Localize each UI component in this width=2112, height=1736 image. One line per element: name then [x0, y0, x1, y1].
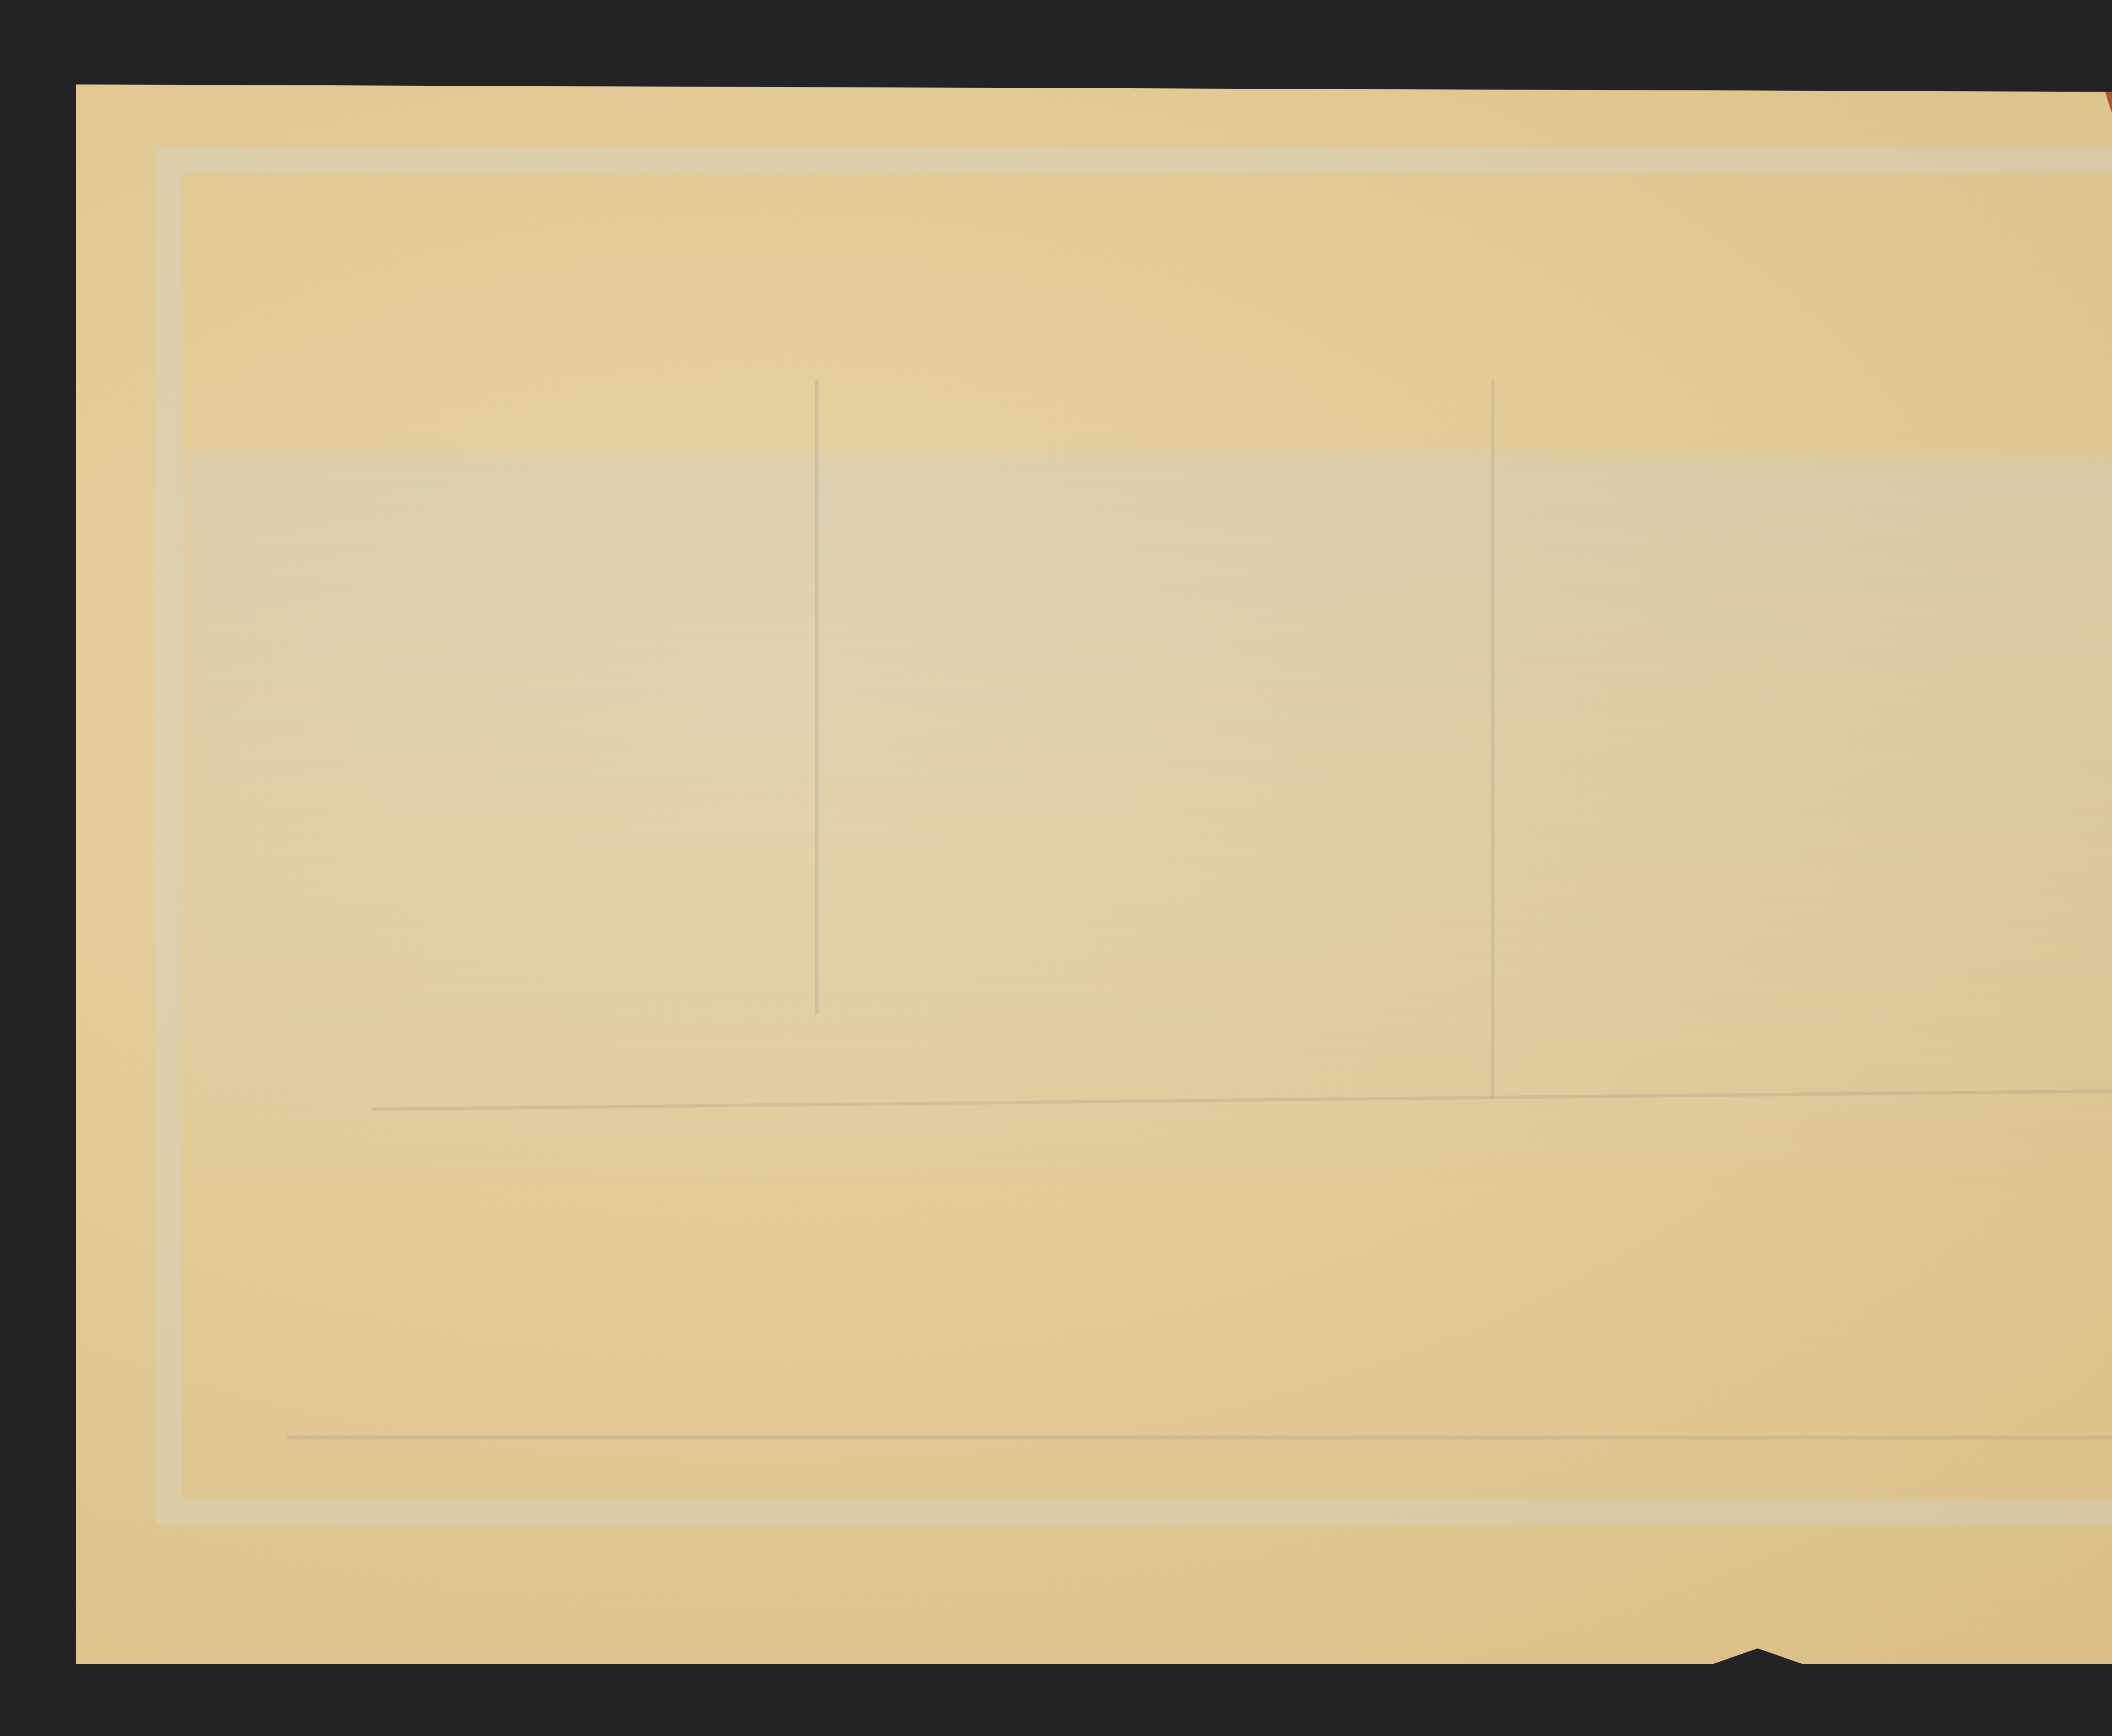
show-through-scene: [186, 456, 2112, 1174]
show-through-vertical-1: [815, 380, 819, 1014]
bottom-inscription: [329, 1537, 2112, 1554]
paper-sheet: [76, 84, 2112, 1664]
show-through-vertical-2: [1491, 380, 1494, 1098]
show-through-ground-line: [287, 1436, 2112, 1439]
ink-flourish-icon: [2104, 84, 2112, 465]
